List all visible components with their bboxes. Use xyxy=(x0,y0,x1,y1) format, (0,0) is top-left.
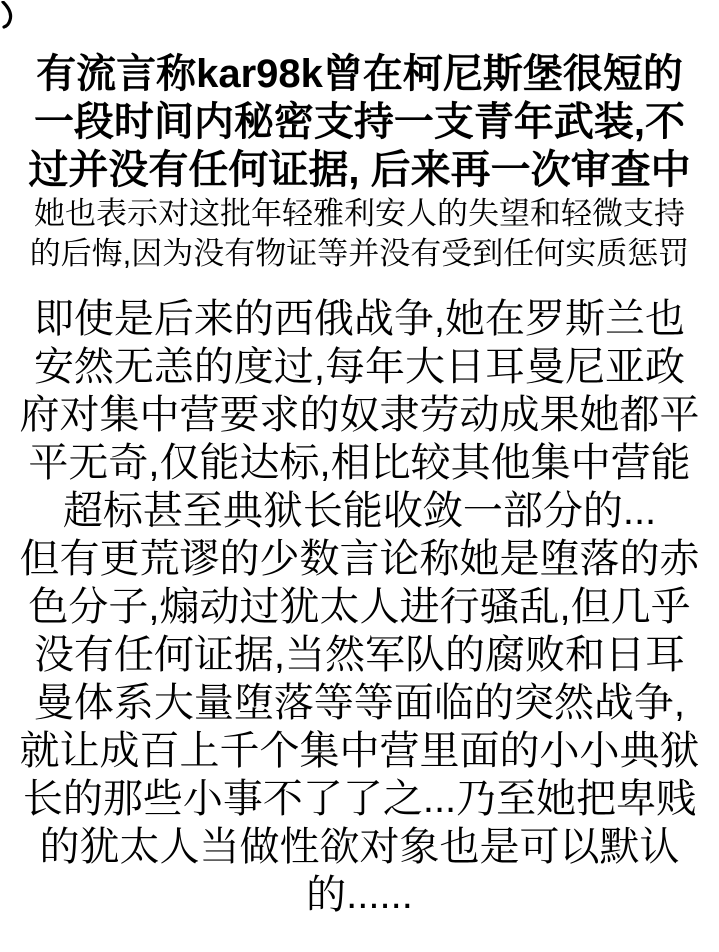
rumor-line1-suffix: 曾在柯尼斯堡很短的 xyxy=(323,52,683,96)
war-line: 的犹太人当做性欲对象也是可以默认 xyxy=(0,823,719,871)
article-body: 有流言称kar98k曾在柯尼斯堡很短的 一段时间内秘密支持一支青年武装,不 过并… xyxy=(0,0,719,919)
rumor-line1-prefix: 有流言称 xyxy=(36,52,196,96)
war-line: 安然无恙的度过,每年大日耳曼尼亚政 xyxy=(0,343,719,391)
war-line: 即使是后来的西俄战争,她在罗斯兰也 xyxy=(0,295,719,343)
war-line: 曼体系大量堕落等等面临的突然战争, xyxy=(0,679,719,727)
war-line: 平无奇,仅能达标,相比较其他集中营能 xyxy=(0,439,719,487)
war-line: 府对集中营要求的奴隶劳动成果她都平 xyxy=(0,391,719,439)
war-line: 的...... xyxy=(0,871,719,919)
war-line: 没有任何证据,当然军队的腐败和日耳 xyxy=(0,631,719,679)
war-line: 色分子,煽动过犹太人进行骚乱,但几乎 xyxy=(0,583,719,631)
paragraph-rumor-small-line-1: 她也表示对这批年轻雅利安人的失望和轻微支持 xyxy=(0,194,719,234)
keyword-kar98k: kar98k xyxy=(196,52,323,96)
paragraph-war-account: 即使是后来的西俄战争,她在罗斯兰也 安然无恙的度过,每年大日耳曼尼亚政 府对集中… xyxy=(0,295,719,919)
paragraph-rumor-line-3: 过并没有任何证据, 后来再一次审查中 xyxy=(0,146,719,194)
text-page: 有流言称kar98k曾在柯尼斯堡很短的 一段时间内秘密支持一支青年武装,不 过并… xyxy=(0,0,719,952)
war-line: 就让成百上千个集中营里面的小小典狱 xyxy=(0,727,719,775)
paragraph-rumor-line-1: 有流言称kar98k曾在柯尼斯堡很短的 xyxy=(0,50,719,98)
war-line: 但有更荒谬的少数言论称她是堕落的赤 xyxy=(0,535,719,583)
war-line: 超标甚至典狱长能收敛一部分的... xyxy=(0,487,719,535)
war-line: 长的那些小事不了了之...乃至她把卑贱 xyxy=(0,775,719,823)
paragraph-rumor-line-2: 一段时间内秘密支持一支青年武装,不 xyxy=(0,98,719,146)
paragraph-rumor: 有流言称kar98k曾在柯尼斯堡很短的 一段时间内秘密支持一支青年武装,不 过并… xyxy=(0,50,719,274)
paragraph-rumor-small-line-2: 的后悔,因为没有物证等并没有受到任何实质惩罚 xyxy=(0,234,719,274)
